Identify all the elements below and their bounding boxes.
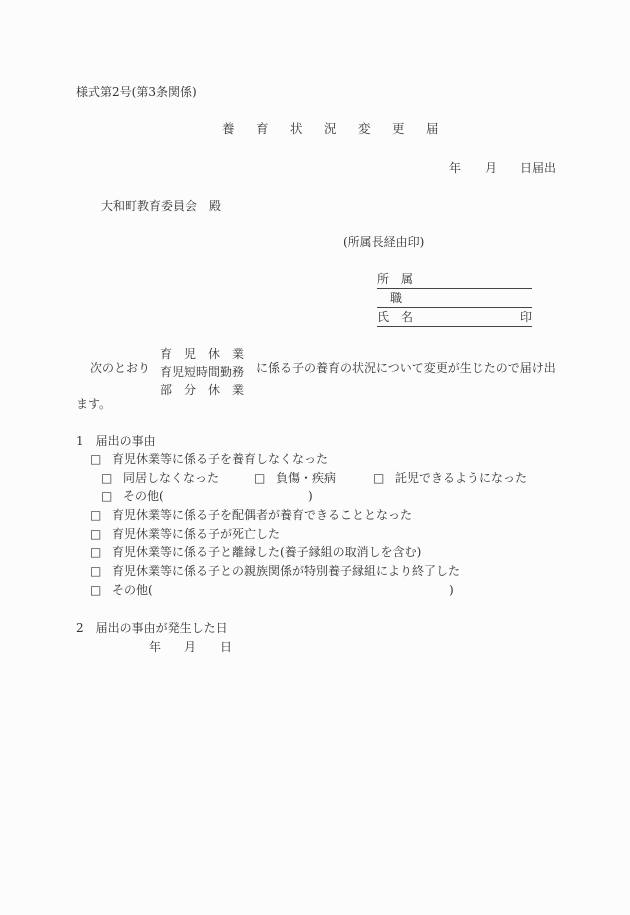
reason-item-other[interactable]: □その他( (90, 584, 153, 596)
checkbox[interactable]: □ (101, 472, 123, 484)
title-char: 更 (392, 123, 426, 136)
reason-item[interactable]: □育児休業等に係る子と離縁した(養子縁組の取消しを含む) (90, 546, 421, 558)
leave-type-options: 育 児 休 業 育児短時間勤務 部 分 休 業 (160, 345, 244, 399)
sub-reason-item[interactable]: □託児できるようになった (373, 472, 527, 484)
other-close-paren: ) (308, 490, 313, 502)
intro-continuation: ます。 (76, 398, 111, 410)
sub-reason-label: 託児できるようになった (395, 471, 527, 485)
leave-option-childcare: 育 児 休 業 (160, 345, 244, 363)
date-year-label: 年 (449, 162, 461, 174)
checkbox[interactable]: □ (373, 472, 395, 484)
checkbox[interactable]: □ (90, 546, 112, 558)
reason-item[interactable]: □育児休業等に係る子が死亡した (90, 528, 280, 540)
occurrence-year-label: 年 (149, 641, 161, 653)
occurrence-month-label: 月 (184, 641, 196, 653)
date-month-label: 月 (485, 162, 497, 174)
intro-prefix: 次のとおり (90, 362, 150, 374)
reason-label: 育児休業等に係る子が死亡した (112, 527, 280, 541)
checkbox[interactable]: □ (90, 584, 112, 596)
occurrence-day-label: 日 (220, 641, 232, 653)
sub-reason-label: その他( (123, 489, 164, 503)
checkbox[interactable]: □ (90, 528, 112, 540)
form-number: 様式第2号(第3条関係) (76, 86, 197, 98)
title-char: 育 (256, 123, 290, 136)
name-field[interactable]: 氏 名 印 (377, 311, 532, 327)
checkbox[interactable]: □ (254, 472, 276, 484)
title-char: 養 (222, 123, 256, 136)
page-title: 養育状況変更届 (222, 123, 460, 136)
position-field[interactable]: 職 (377, 292, 532, 308)
affiliation-field[interactable]: 所 属 (377, 273, 532, 289)
leave-option-partial: 部 分 休 業 (160, 381, 244, 399)
date-day-submit-label: 日届出 (520, 162, 556, 174)
title-char: 変 (358, 123, 392, 136)
sub-reason-item-other[interactable]: □その他( (101, 490, 164, 502)
affiliation-label: 所 属 (377, 273, 413, 285)
title-char: 状 (290, 123, 324, 136)
checkbox[interactable]: □ (90, 565, 112, 577)
reason-item[interactable]: □育児休業等に係る子を配偶者が養育できることとなった (90, 509, 412, 521)
checkbox[interactable]: □ (101, 490, 123, 502)
seal-mark: 印 (520, 311, 532, 323)
section2-heading: 2 届出の事由が発生した日 (76, 622, 228, 634)
section1-heading: 1 届出の事由 (76, 435, 156, 447)
reason-label: 育児休業等に係る子を配偶者が養育できることとなった (112, 508, 412, 522)
sub-reason-item[interactable]: □同居しなくなった (101, 472, 219, 484)
reason-label: 育児休業等に係る子を養育しなくなった (112, 452, 328, 466)
reason-item[interactable]: □育児休業等に係る子を養育しなくなった (90, 453, 328, 465)
reason-label: 育児休業等に係る子と離縁した(養子縁組の取消しを含む) (112, 545, 421, 559)
name-label: 氏 名 (377, 311, 413, 323)
via-principal-note: (所属長経由印) (343, 236, 424, 248)
leave-option-short-hours: 育児短時間勤務 (160, 363, 244, 381)
title-char: 届 (426, 123, 460, 136)
reason-label: 育児休業等に係る子との親族関係が特別養子縁組により終了した (112, 564, 460, 578)
sub-reason-label: 負傷・疾病 (276, 471, 336, 485)
title-char: 況 (324, 123, 358, 136)
sub-reason-item[interactable]: □負傷・疾病 (254, 472, 336, 484)
position-label: 職 (390, 292, 402, 304)
addressee: 大和町教育委員会 殿 (101, 200, 221, 212)
sub-reason-label: 同居しなくなった (123, 471, 219, 485)
other-close-paren: ) (449, 584, 454, 596)
intro-suffix: に係る子の養育の状況について変更が生じたので届け出 (256, 362, 556, 374)
reason-label: その他( (112, 583, 153, 597)
checkbox[interactable]: □ (90, 453, 112, 465)
checkbox[interactable]: □ (90, 509, 112, 521)
reason-item[interactable]: □育児休業等に係る子との親族関係が特別養子縁組により終了した (90, 565, 460, 577)
